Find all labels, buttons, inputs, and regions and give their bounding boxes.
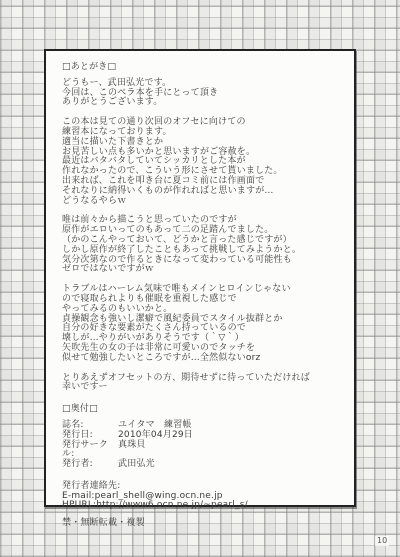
colophon-row: 発行サークル: 真珠貝	[62, 441, 340, 461]
afterword-paragraph: どうもー、武田弘光です。 今回は、このペラ本を手にとって頂き ありがとうございま…	[62, 79, 340, 108]
colophon-title: □奥付□	[62, 405, 340, 415]
colophon-row: 誌名: ユイタマ 練習帳	[62, 421, 340, 431]
contact-block: 発行者連絡先: E-mail:pearl_shell@wing.ocn.ne.j…	[62, 482, 340, 511]
colophon-label-publisher: 発行者:	[62, 460, 118, 470]
afterword-paragraph: この本は見ての通り次回のオフセに向けての 練習本になっております。 適当に描いた…	[62, 118, 340, 206]
scanned-page-background: □あとがき□ どうもー、武田弘光です。 今回は、このペラ本を手にとって頂き あり…	[0, 0, 400, 557]
page-number: 10	[375, 536, 389, 546]
colophon-label-circle: 発行サークル:	[62, 441, 118, 461]
afterword-page: □あとがき□ どうもー、武田弘光です。 今回は、このペラ本を手にとって頂き あり…	[44, 49, 356, 507]
contact-lines: E-mail:pearl_shell@wing.ocn.ne.jp HPURL:…	[62, 492, 340, 512]
colophon-row: 発行者: 武田弘光	[62, 460, 340, 470]
reprint-prohibition-notice: 禁・無断転載・複製	[62, 519, 340, 529]
afterword-paragraph: トラブルはハーレム気味で唯もメインヒロインじゃない ので寝取られよりも催眠を重視…	[62, 285, 340, 363]
colophon-value-publisher: 武田弘光	[118, 460, 155, 470]
colophon-table: 誌名: ユイタマ 練習帳 発行日: 2010年04月29日 発行サークル: 真珠…	[62, 421, 340, 470]
colophon-value-circle: 真珠貝	[118, 441, 146, 461]
afterword-title: □あとがき□	[62, 63, 340, 73]
afterword-paragraph: 唯は前々から描こうと思っていたのですが 原作がエロいってのもあって二の足踏んでま…	[62, 216, 340, 275]
afterword-paragraph: とりあえずオフセットの方、期待せずに待っていただければ 幸いですー	[62, 374, 340, 394]
